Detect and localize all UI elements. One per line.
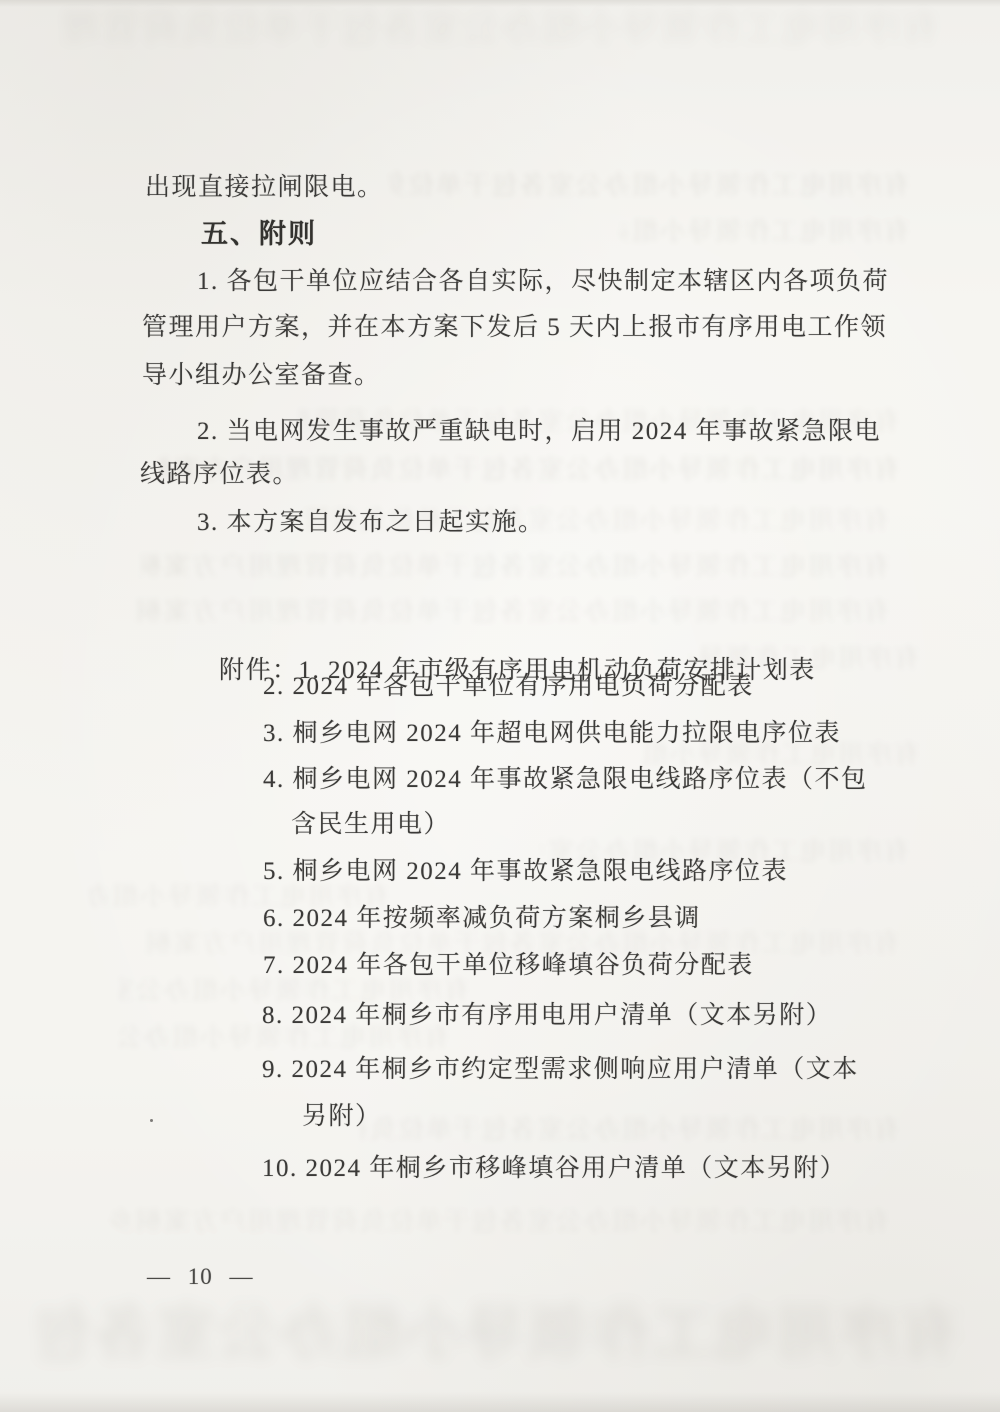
scan-speck [150, 1119, 153, 1122]
attachment-item-6: 6. 2024 年按频率减负荷方案桐乡县调 [263, 903, 701, 935]
clause-2-line-2: 线路序位表。 [140, 459, 299, 491]
attachment-item-3: 3. 桐乡电网 2024 年超电网供电能力拉限电序位表 [263, 718, 841, 750]
attachment-item-8: 8. 2024 年桐乡市有序用电用户清单（文本另附） [262, 1000, 832, 1032]
attachment-item-10: 10. 2024 年桐乡市移峰填谷用户清单（文本另附） [262, 1153, 846, 1185]
paragraph-continuation-line: 出现直接拉闸限电。 [145, 172, 384, 204]
bleedthrough-ghost-row: 有序用电工作领导小组办公室各包干单位负荷管理用户方案桐乡电网事故紧急限电线路序位… [620, 214, 910, 250]
attachment-item-5: 5. 桐乡电网 2024 年事故紧急限电线路序位表 [263, 856, 788, 888]
bleedthrough-ghost-row: 有序用电工作领导小组办公室各包干单位负荷管理用户方案桐乡电网事故紧急限电线路序位… [390, 168, 910, 204]
clause-2-line-1: 2. 当电网发生事故严重缺电时，启用 2024 年事故紧急限电 [197, 416, 881, 448]
section-heading: 五、附则 [201, 218, 317, 250]
clause-1-line-2: 管理用户方案，并在本方案下发后 5 天内上报市有序用电工作领 [142, 312, 887, 344]
attachment-item-9-line-1: 9. 2024 年桐乡市约定型需求侧响应用户清单（文本 [262, 1054, 859, 1086]
attachment-item-4-line-2: 含民生用电） [291, 809, 450, 841]
attachment-item-4-line-1: 4. 桐乡电网 2024 年事故紧急限电线路序位表（不包 [263, 764, 868, 796]
attachment-item-9-line-2: 另附） [302, 1101, 382, 1133]
bleedthrough-ghost-row: 有序用电工作领导小组办公室各包干单位负荷管理用户方案桐乡电网事故紧急限电线路序位… [110, 1204, 890, 1240]
bleedthrough-ghost-row: 有序用电工作领导小组办公室各包干单位负荷管理用户方案桐乡电网事故紧急限电线路序位… [60, 6, 940, 52]
bleedthrough-ghost-row: 有序用电工作领导小组办公室各包干单位负荷管理用户方案桐乡电网事故紧急限电线路序位… [40, 1295, 960, 1373]
scanned-document-page: 有序用电工作领导小组办公室各包干单位负荷管理用户方案桐乡电网事故紧急限电线路序位… [0, 0, 1000, 1412]
page-number: — 10 — [147, 1261, 254, 1293]
clause-3-line-1: 3. 本方案自发布之日起实施。 [197, 507, 545, 539]
bleedthrough-ghost-row: 有序用电工作领导小组办公室各包干单位负荷管理用户方案桐乡电网事故紧急限电线路序位… [360, 1112, 900, 1148]
bleedthrough-ghost-row: 有序用电工作领导小组办公室各包干单位负荷管理用户方案桐乡电网事故紧急限电线路序位… [140, 549, 890, 585]
attachment-item-7: 7. 2024 年各包干单位移峰填谷负荷分配表 [263, 950, 754, 982]
clause-1-line-3: 导小组办公室备查。 [142, 360, 381, 392]
clause-1-line-1: 1. 各包干单位应结合各自实际，尽快制定本辖区内各项负荷 [197, 266, 889, 298]
attachment-item-2: 2. 2024 年各包干单位有序用电负荷分配表 [263, 671, 754, 703]
